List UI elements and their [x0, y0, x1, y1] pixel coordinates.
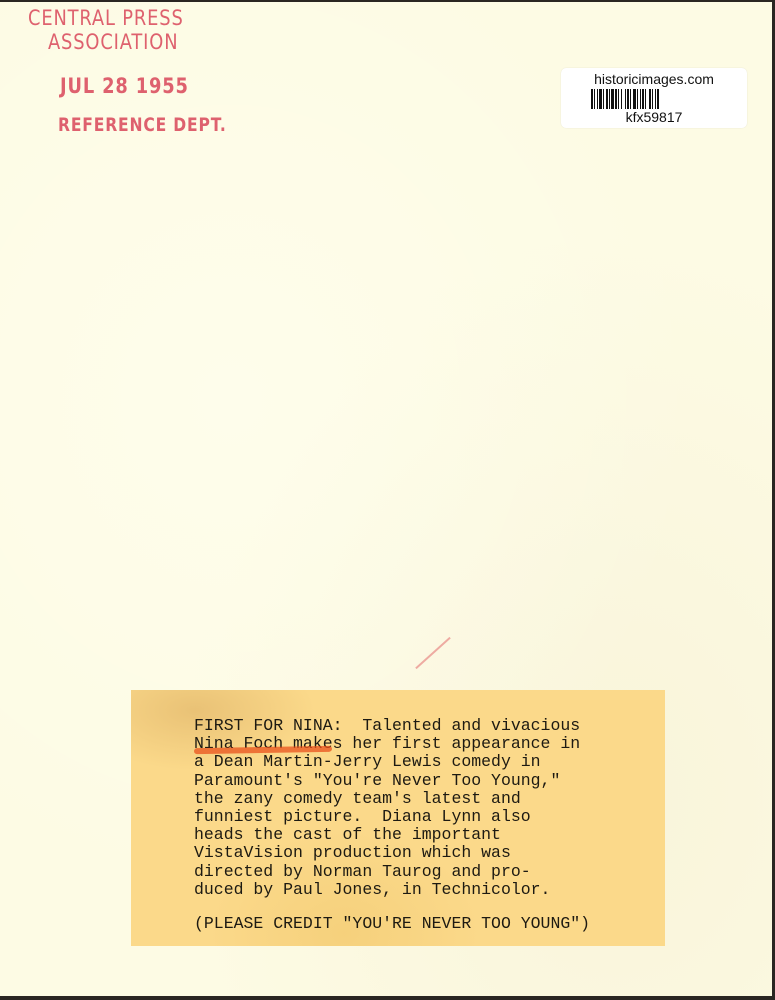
photo-back-paper: CENTRAL PRESS ASSOCIATION JUL 28 1955 RE…: [0, 2, 772, 996]
caption-line: a Dean Martin-Jerry Lewis comedy in: [194, 753, 580, 771]
caption-line: funniest picture. Diana Lynn also: [194, 808, 580, 826]
barcode-icon: [591, 89, 717, 109]
caption-slip: FIRST FOR NINA: Talented and vivaciousNi…: [131, 690, 665, 946]
caption-line: FIRST FOR NINA: Talented and vivacious: [194, 717, 580, 735]
pencil-mark: [415, 637, 451, 669]
caption-line: directed by Norman Taurog and pro-: [194, 863, 580, 881]
caption-line: VistaVision production which was: [194, 844, 580, 862]
archive-label: historicimages.com kfx59817: [561, 68, 747, 128]
caption-line: Paramount's "You're Never Too Young,": [194, 772, 580, 790]
label-site: historicimages.com: [561, 71, 747, 87]
stamp-agency-line2: ASSOCIATION: [48, 30, 178, 54]
caption-line: heads the cast of the important: [194, 826, 580, 844]
caption-credit: (PLEASE CREDIT "YOU'RE NEVER TOO YOUNG"): [194, 914, 590, 933]
caption-line: the zany comedy team's latest and: [194, 790, 580, 808]
stamp-date: JUL 28 1955: [60, 74, 189, 98]
stamp-agency-line1: CENTRAL PRESS: [28, 6, 184, 30]
caption-line: duced by Paul Jones, in Technicolor.: [194, 881, 580, 899]
label-id: kfx59817: [561, 109, 747, 125]
stamp-department: REFERENCE DEPT.: [58, 114, 227, 136]
caption-body: FIRST FOR NINA: Talented and vivaciousNi…: [194, 717, 580, 899]
